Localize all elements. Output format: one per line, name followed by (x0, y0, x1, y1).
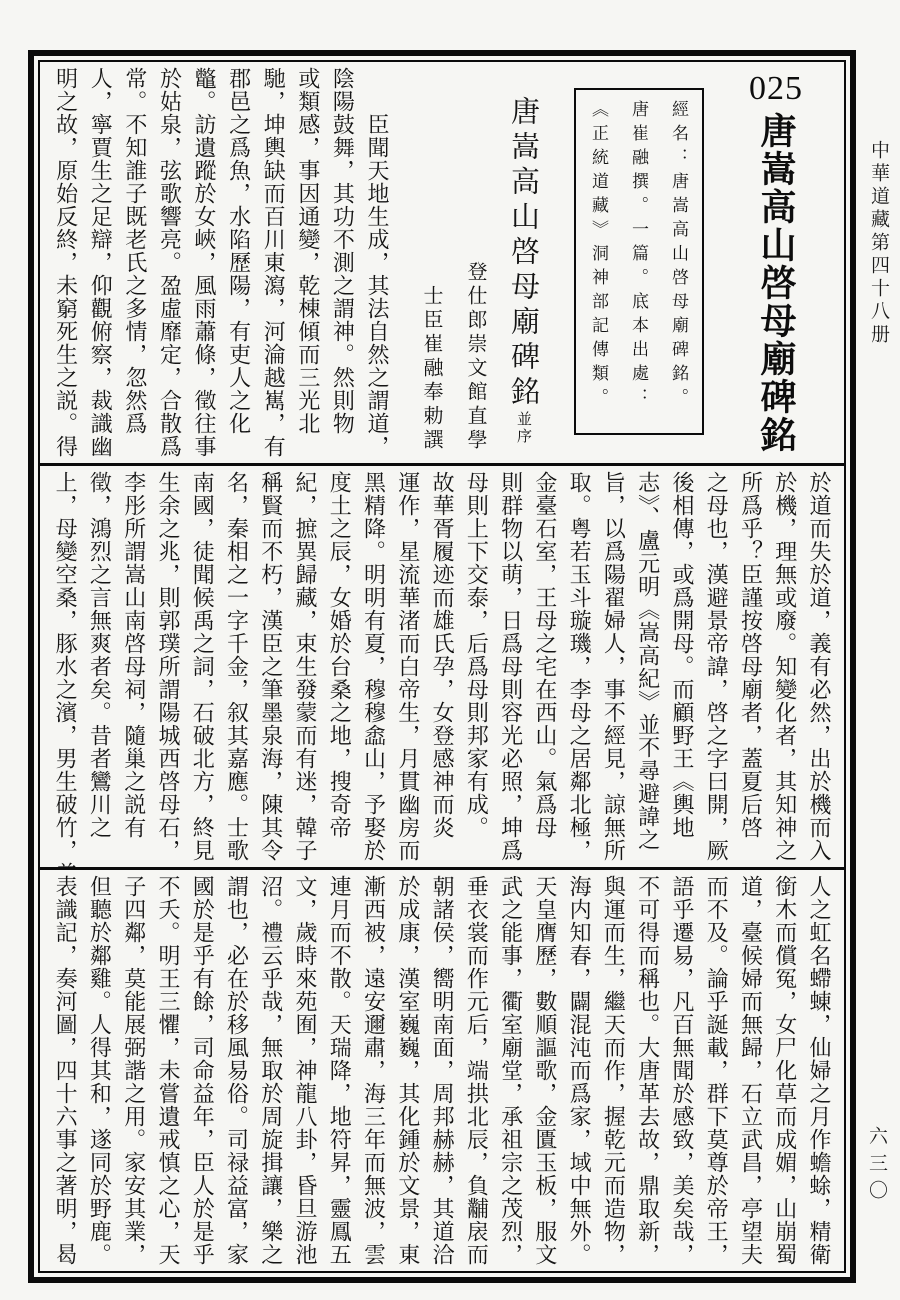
text-column: 李彤所謂嵩山南啓母祠，隨巢之説有 (116, 471, 150, 862)
text-column: 後相傳，或爲開母。而顧野王《輿地 (665, 471, 699, 862)
text-column: 連月而不散。天瑞降，地符昇，靈鳳五 (322, 875, 356, 1266)
text-column: 謂也，必在於移風易俗。司禄益富，家 (219, 875, 253, 1266)
text-column: 運作，星流華渚而白帝生，月貫幽房而 (391, 471, 425, 862)
text-column: 所爲乎？臣謹按啓母廟者，蓋夏后啓 (733, 471, 767, 862)
text-column: 表識記，奏河圖，四十六事之著明，曷 (48, 875, 82, 1266)
text-column: 於機，理無或廢。知變化者，其知神之 (767, 471, 801, 862)
text-column: 金臺石室，王母之宅在西山。氣爲母 (528, 471, 562, 862)
article-title-text: 唐嵩高山啓母廟碑銘 (507, 96, 539, 411)
text-column: 不可得而稱也。大唐革去故，鼎取新， (630, 875, 664, 1266)
text-column: 常。不知誰子既老氏之多情，忽然爲 (117, 67, 152, 458)
text-column: 鼈。訪遺蹤於女峽，風雨蕭條，徵往事 (186, 67, 221, 458)
text-column: 銜木而償冤，女尸化草而成媚，山崩蜀 (767, 875, 801, 1266)
text-column: 明之故，原始反終，未窮死生之説。得 (48, 67, 83, 458)
abstract-columns: 經名：唐嵩高山啓母廟碑銘。唐崔融撰。一篇。底本出處：《正統道藏》洞神部記傳類。 (580, 100, 698, 423)
text-column: 上，母變空桑，豚水之濱，男生破竹，美 (48, 471, 82, 862)
text-column: 道，臺候婦而無歸，石立武昌，亭望夫 (733, 875, 767, 1266)
text-column: 或類感，事因通變，乾棟傾而三光北 (290, 67, 325, 458)
text-column: 海内知春，闢混沌而爲家，域中無外。 (562, 875, 596, 1266)
body-text-columns: 於道而失於道，義有必然，出於機而入於機，理無或廢。知變化者，其知神之所爲乎？臣謹… (48, 471, 836, 862)
text-column: 臣聞天地生成，其法自然之謂道， (359, 67, 394, 458)
main-title: 唐嵩高山啓母廟碑銘 (736, 112, 816, 454)
text-column: 而不及。論乎誕載，群下莫尊於帝王， (699, 875, 733, 1266)
text-column: 天皇膺歷，數順謳歌，金匱玉板，服文 (528, 875, 562, 1266)
text-column: 度土之辰，女婚於台桑之地，搜奇帝 (322, 471, 356, 862)
text-column: 志》、盧元明《嵩高紀》並不尋避諱之 (630, 471, 664, 862)
text-column: 與運而生，繼天而作，握乾元而造物， (596, 875, 630, 1266)
folio-number: 六三〇 (856, 1126, 890, 1207)
text-column: 經名：唐嵩高山啓母廟碑銘。 (658, 100, 698, 423)
preface-text-columns: 臣聞天地生成，其法自然之謂道，陰陽鼓舞，其功不測之謂神。然則物或類感，事因通變，… (48, 67, 394, 458)
text-column: 旨，以爲陽翟婦人，事不經見，諒無所 (596, 471, 630, 862)
text-column: 國於是乎有餘，司命益年，臣人於是乎 (185, 875, 219, 1266)
volume-label: 第四十八册 (868, 232, 889, 347)
text-column: 漸西被，遠安邇肅，海三年而無波，雲 (356, 875, 390, 1266)
author-line: 士臣崔融奉勅譔 (414, 285, 448, 453)
body-text-columns: 人之虹名螮蝀，仙婦之月作蟾蜍，精衛銜木而償冤，女尸化草而成媚，山崩蜀道，臺候婦而… (48, 875, 836, 1266)
edition-label: 中華道藏第四十八册 (858, 140, 892, 347)
text-column: 紀，摭異歸藏，束生發蒙而有迷，韓子 (288, 471, 322, 862)
text-column: 武之能事，衢室廟堂，承祖宗之茂烈， (493, 875, 527, 1266)
text-column: 則群物以萌，日爲母則容光必照，坤爲 (493, 471, 527, 862)
text-column: 人，寧賈生之足辯，仰觀俯察，裁識幽 (83, 67, 118, 458)
text-code-number: 025 (736, 70, 816, 108)
text-column: 不夭。明王三懼，未嘗遺戒慎之心，天 (151, 875, 185, 1266)
abstract-box: 經名：唐嵩高山啓母廟碑銘。唐崔融撰。一篇。底本出處：《正統道藏》洞神部記傳類。 (574, 88, 704, 435)
text-column: 郡邑之爲魚，水陷歷陽，有吏人之化 (221, 67, 256, 458)
author-line: 登仕郎崇文館直學 (458, 261, 492, 453)
text-column: 沼。禮云乎哉，無取於周旋揖讓，樂之 (253, 875, 287, 1266)
text-column: 朝諸侯，嚮明南面，周邦赫赫，其道洽 (425, 875, 459, 1266)
text-column: 母則上下交泰，后爲母則邦家有成。 (459, 471, 493, 862)
page-frame: 025 唐嵩高山啓母廟碑銘 經名：唐嵩高山啓母廟碑銘。唐崔融撰。一篇。底本出處：… (28, 50, 856, 1283)
middle-text-band: 於道而失於道，義有必然，出於機而入於機，理無或廢。知變化者，其知神之所爲乎？臣謹… (40, 466, 844, 867)
text-column: 於道而失於道，義有必然，出於機而入 (802, 471, 836, 862)
text-column: 故華胥履迹而雄氏孕，女登感神而炎 (425, 471, 459, 862)
text-column: 垂衣裳而作元后，端拱北辰，負黼扆而 (459, 875, 493, 1266)
text-column: 稱賢而不朽，漢臣之筆墨泉海，陳其令 (253, 471, 287, 862)
text-column: 語乎遷易，凡百無聞於感致，美矣哉， (665, 875, 699, 1266)
text-column: 徵，鴻烈之言無爽者矣。昔者鸞川之 (82, 471, 116, 862)
text-column: 陰陽鼓舞，其功不測之謂神。然則物 (325, 67, 360, 458)
text-column: 《正統道藏》洞神部記傳類。 (578, 100, 618, 423)
text-column: 於姑泉，弦歌響亮。盈虛靡定，合散爲 (152, 67, 187, 458)
collection-title: 中華道藏 (868, 140, 889, 232)
text-column: 取。粤若玉斗璇璣，李母之居鄰北極， (562, 471, 596, 862)
author-attribution: 登仕郎崇文館直學 士臣崔融奉勅譔 (414, 62, 492, 453)
article-title-note: 並序 (515, 411, 531, 445)
header-band: 025 唐嵩高山啓母廟碑銘 經名：唐嵩高山啓母廟碑銘。唐崔融撰。一篇。底本出處：… (40, 62, 844, 463)
text-column: 唐崔融撰。一篇。底本出處： (618, 100, 658, 423)
page-frame-inner: 025 唐嵩高山啓母廟碑銘 經名：唐嵩高山啓母廟碑銘。唐崔融撰。一篇。底本出處：… (38, 60, 846, 1273)
text-column: 黑精降。明明有夏，穆穆嵞山，予娶於 (356, 471, 390, 862)
text-column: 人之虹名螮蝀，仙婦之月作蟾蜍，精衛 (802, 875, 836, 1266)
text-column: 南國，徒聞候禹之詞，石破北方，終見 (185, 471, 219, 862)
text-column: 名，秦相之一字千金，叙其嘉應。士歌 (219, 471, 253, 862)
text-column: 馳，坤輿缺而百川東瀉，河淪越嶲，有 (256, 67, 291, 458)
text-column: 但聽於鄰雞。人得其和，遂同於野鹿。 (82, 875, 116, 1266)
bottom-text-band: 人之虹名螮蝀，仙婦之月作蟾蜍，精衛銜木而償冤，女尸化草而成媚，山崩蜀道，臺候婦而… (40, 870, 844, 1271)
text-column: 於成康，漢室巍巍，其化鍾於文景，東 (391, 875, 425, 1266)
text-column: 生余之兆，則郭璞所謂陽城西啓母石， (151, 471, 185, 862)
text-column: 文，歲時來苑囿，神龍八卦，昏旦游池 (288, 875, 322, 1266)
text-column: 子四鄰，莫能展弼諧之用。家安其業， (116, 875, 150, 1266)
text-column: 之母也，漢避景帝諱，啓之字曰開，厥 (699, 471, 733, 862)
article-title: 唐嵩高山啓母廟碑銘並序 (498, 96, 548, 445)
